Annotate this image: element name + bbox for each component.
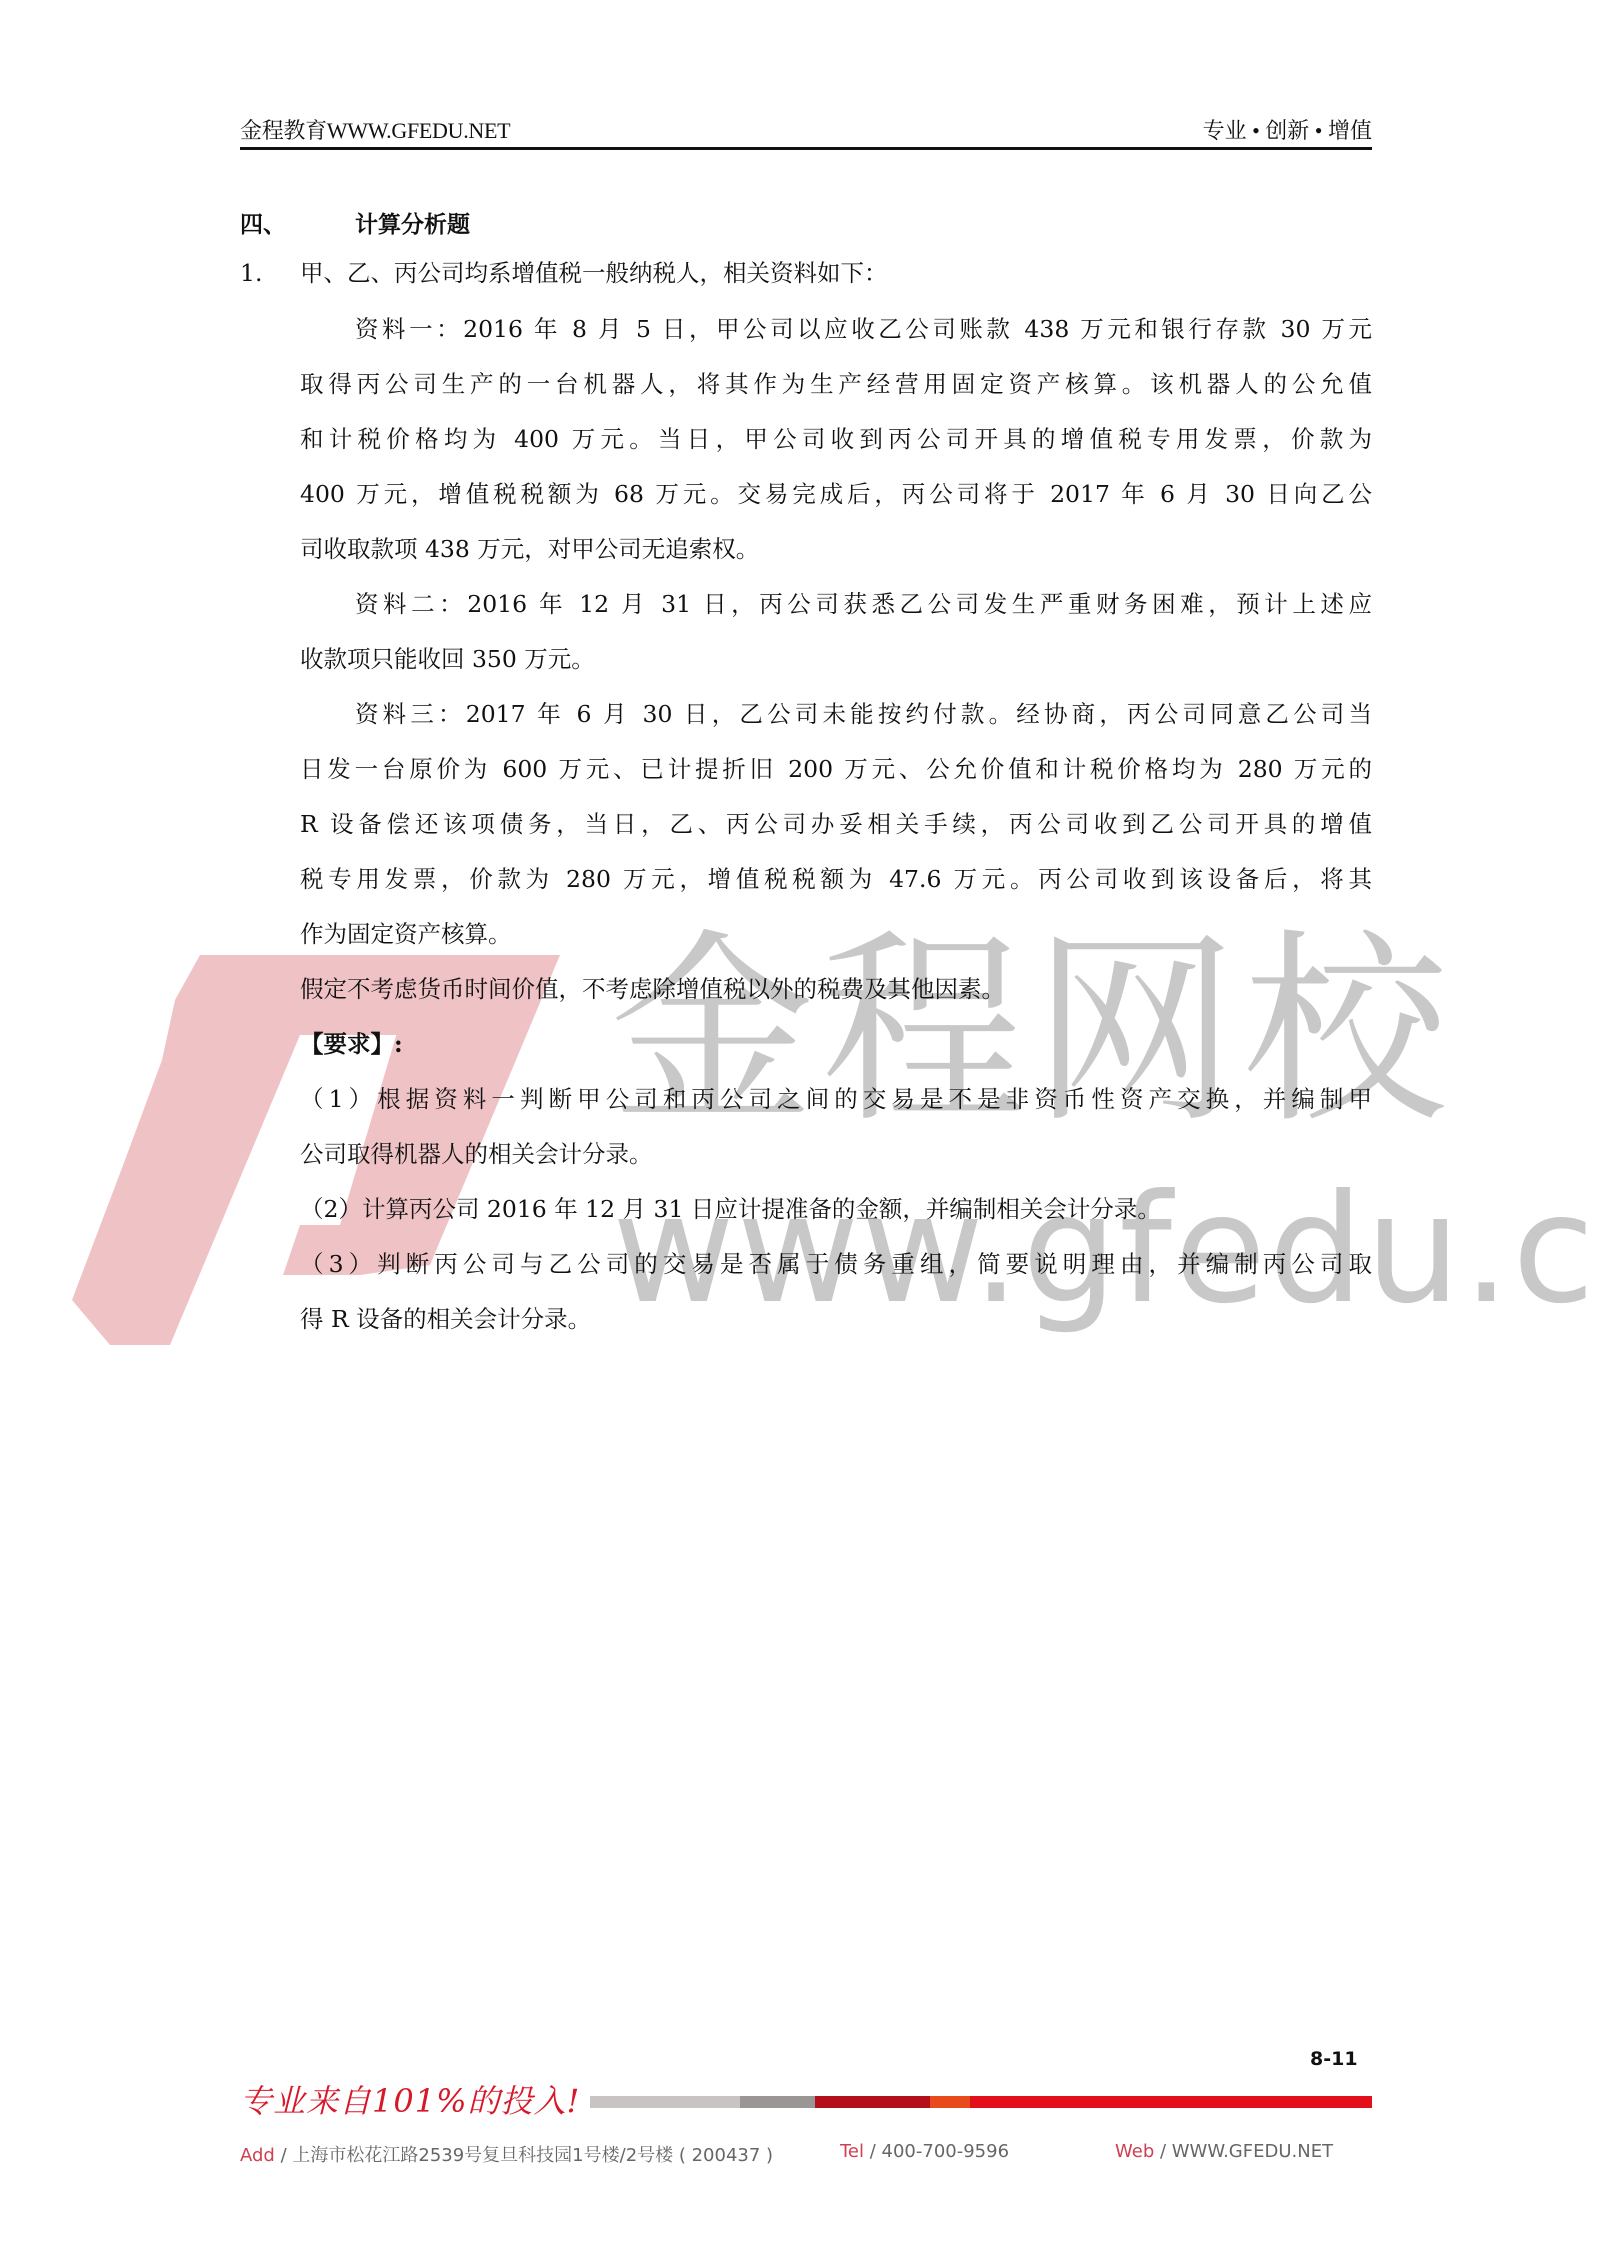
material-3-line: 税专用发票，价款为 280 万元，增值税税额为 47.6 万元。丙公司收到该设备… (300, 864, 1372, 894)
material-2-line: 收款项只能收回 350 万元。 (300, 644, 595, 674)
page-number: 8-11 (1310, 2048, 1358, 2070)
bar-segment-red (970, 2096, 1372, 2108)
footer-web: Web / WWW.GFEDU.NET (1115, 2141, 1333, 2162)
material-1-line: 和计税价格均为 400 万元。当日，甲公司收到丙公司开具的增值税专用发票，价款为 (300, 424, 1372, 454)
header-tagline: 专业 • 创新 • 增值 (1203, 114, 1372, 145)
web-value: / WWW.GFEDU.NET (1154, 2141, 1333, 2162)
question-intro: 甲、乙、丙公司均系增值税一般纳税人，相关资料如下： (300, 258, 888, 288)
material-3-line: 作为固定资产核算。 (300, 919, 512, 949)
material-3-line: 日发一台原价为 600 万元、已计提折旧 200 万元、公允价值和计税价格均为 … (300, 754, 1372, 784)
bar-segment-orange (930, 2096, 970, 2108)
requirement-3-line: 得 R 设备的相关会计分录。 (300, 1304, 591, 1334)
footer-address: Add / 上海市松花江路2539号复旦科技园1号楼/2号楼 ( 200437 … (240, 2141, 773, 2167)
requirement-1-line: （1）根据资料一判断甲公司和丙公司之间的交易是不是非资币性资产交换，并编制甲 (300, 1084, 1372, 1114)
material-1-line: 司收取款项 438 万元，对甲公司无追索权。 (300, 534, 759, 564)
tel-label: Tel (840, 2141, 864, 2162)
bar-segment-dark-red (815, 2096, 930, 2108)
assumption-text: 假定不考虑货币时间价值，不考虑除增值税以外的税费及其他因素。 (300, 974, 1005, 1004)
address-value: / 上海市松花江路2539号复旦科技园1号楼/2号楼 ( 200437 ) (275, 2145, 773, 2166)
requirements-label: 【要求】: (300, 1029, 403, 1059)
requirement-2-line: （2）计算丙公司 2016 年 12 月 31 日应计提准备的金额，并编制相关会… (300, 1194, 1161, 1224)
bar-segment-gray (740, 2096, 815, 2108)
section-title: 计算分析题 (355, 210, 470, 240)
tel-value: / 400-700-9596 (864, 2141, 1009, 2162)
material-1-line: 400 万元，增值税税额为 68 万元。交易完成后，丙公司将于 2017 年 6… (300, 479, 1372, 509)
header-divider (240, 147, 1372, 150)
question-number: 1. (240, 258, 262, 288)
web-label: Web (1115, 2141, 1154, 2162)
footer-tel: Tel / 400-700-9596 (840, 2141, 1009, 2162)
footer-slogan: 专业来自101%的投入! (240, 2076, 580, 2122)
header-brand: 金程教育WWW.GFEDU.NET (240, 114, 510, 145)
material-2-line: 资料二：2016 年 12 月 31 日，丙公司获悉乙公司发生严重财务困难，预计… (355, 589, 1372, 619)
section-number: 四、 (240, 210, 286, 240)
material-1-line: 取得丙公司生产的一台机器人，将其作为生产经营用固定资产核算。该机器人的公允值 (300, 369, 1372, 399)
material-3-line: R 设备偿还该项债务，当日，乙、丙公司办妥相关手续，丙公司收到乙公司开具的增值 (300, 809, 1372, 839)
address-label: Add (240, 2145, 275, 2166)
requirement-1-line: 公司取得机器人的相关会计分录。 (300, 1139, 653, 1169)
material-1-line: 资料一：2016 年 8 月 5 日，甲公司以应收乙公司账款 438 万元和银行… (355, 314, 1372, 344)
material-3-line: 资料三：2017 年 6 月 30 日，乙公司未能按约付款。经协商，丙公司同意乙… (355, 699, 1372, 729)
requirement-3-line: （3）判断丙公司与乙公司的交易是否属于债务重组，简要说明理由，并编制丙公司取 (300, 1249, 1372, 1279)
page-header: 金程教育WWW.GFEDU.NET 专业 • 创新 • 增值 (240, 112, 1372, 150)
bar-segment-light-gray (590, 2096, 740, 2108)
